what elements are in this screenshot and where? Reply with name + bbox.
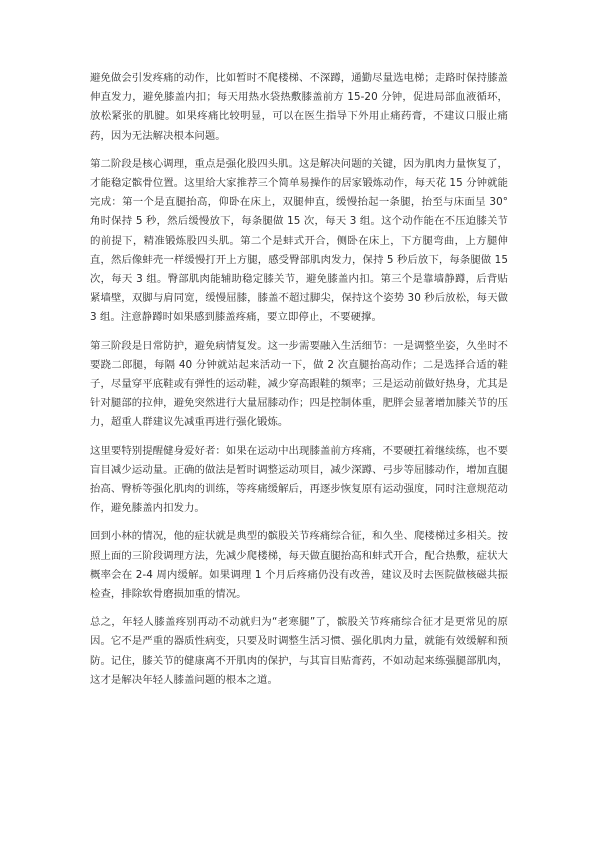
- document-page: 避免做会引发疼痛的动作，比如暂时不爬楼梯、不深蹲，通勤尽量选电梯；走路时保持膝盖…: [90, 69, 508, 699]
- paragraph-case-review: 回到小林的情况，他的症状就是典型的髌股关节疼痛综合征，和久坐、爬楼梯过多相关。按…: [90, 527, 508, 604]
- paragraph-symptom-relief: 避免做会引发疼痛的动作，比如暂时不爬楼梯、不深蹲，通勤尽量选电梯；走路时保持膝盖…: [90, 69, 508, 146]
- paragraph-conclusion: 总之，年轻人膝盖疼别再动不动就归为“老寒腿”了，髌股关节疼痛综合征才是更常见的原…: [90, 613, 508, 690]
- paragraph-stage-three: 第三阶段是日常防护，避免病情复发。这一步需要融入生活细节：一是调整坐姿，久坐时不…: [90, 337, 508, 433]
- paragraph-fitness-reminder: 这里要特别提醒健身爱好者：如果在运动中出现膝盖前方疼痛，不要硬扛着继续练，也不要…: [90, 442, 508, 519]
- paragraph-stage-two: 第二阶段是核心调理，重点是强化股四头肌。这是解决问题的关键，因为肌肉力量恢复了，…: [90, 155, 508, 328]
